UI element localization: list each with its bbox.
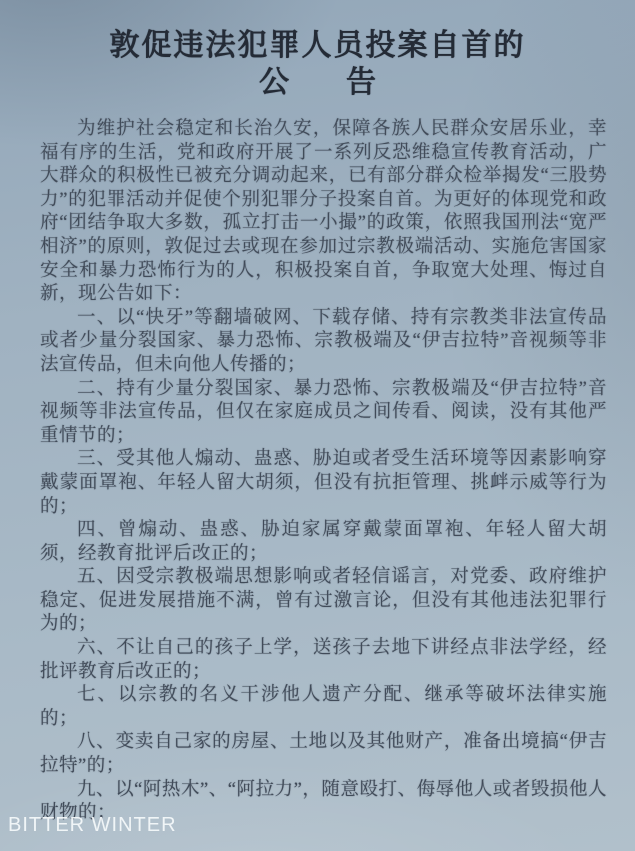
- notice-paragraph: 二、持有少量分裂国家、暴力恐怖、宗教极端及“伊吉拉特”音视频等非法宣传品，但仅在…: [40, 378, 607, 449]
- notice-title-line2: 公告: [0, 64, 635, 102]
- notice-photo-background: 敦促违法犯罪人员投案自首的 公告 为维护社会稳定和长治久安，保障各族人民群众安居…: [0, 0, 635, 851]
- notice-paragraph: 四、曾煽动、蛊惑、胁迫家属穿戴蒙面罩袍、年轻人留大胡须，经教育批评后改正的；: [40, 519, 607, 566]
- notice-paragraph: 三、受其他人煽动、蛊惑、胁迫或者受生活环境等因素影响穿戴蒙面罩袍、年轻人留大胡须…: [40, 448, 607, 519]
- watermark-bitter-winter: BITTER WINTER: [8, 814, 177, 837]
- notice-paragraph: 七、以宗教的名义干涉他人遗产分配、继承等破坏法律实施的；: [40, 684, 607, 731]
- notice-title: 敦促违法犯罪人员投案自首的 公告: [0, 0, 635, 102]
- notice-paragraph: 五、因受宗教极端思想影响或者轻信谣言，对党委、政府维护稳定、促进发展措施不满，曾…: [40, 566, 607, 637]
- notice-paragraph: 一、以“快牙”等翻墙破网、下载存储、持有宗教类非法宣传品或者少量分裂国家、暴力恐…: [40, 307, 607, 378]
- notice-paragraph: 八、变卖自己家的房屋、土地以及其他财产，准备出境搞“伊吉拉特”的；: [40, 731, 607, 778]
- notice-title-line1: 敦促违法犯罪人员投案自首的: [0, 28, 635, 64]
- notice-body: 为维护社会稳定和长治久安，保障各族人民群众安居乐业，幸福有序的生活，党和政府开展…: [40, 118, 607, 826]
- notice-paragraph: 为维护社会稳定和长治久安，保障各族人民群众安居乐业，幸福有序的生活，党和政府开展…: [40, 118, 607, 307]
- notice-paragraph: 六、不让自己的孩子上学，送孩子去地下讲经点非法学经，经批评教育后改正的；: [40, 637, 607, 684]
